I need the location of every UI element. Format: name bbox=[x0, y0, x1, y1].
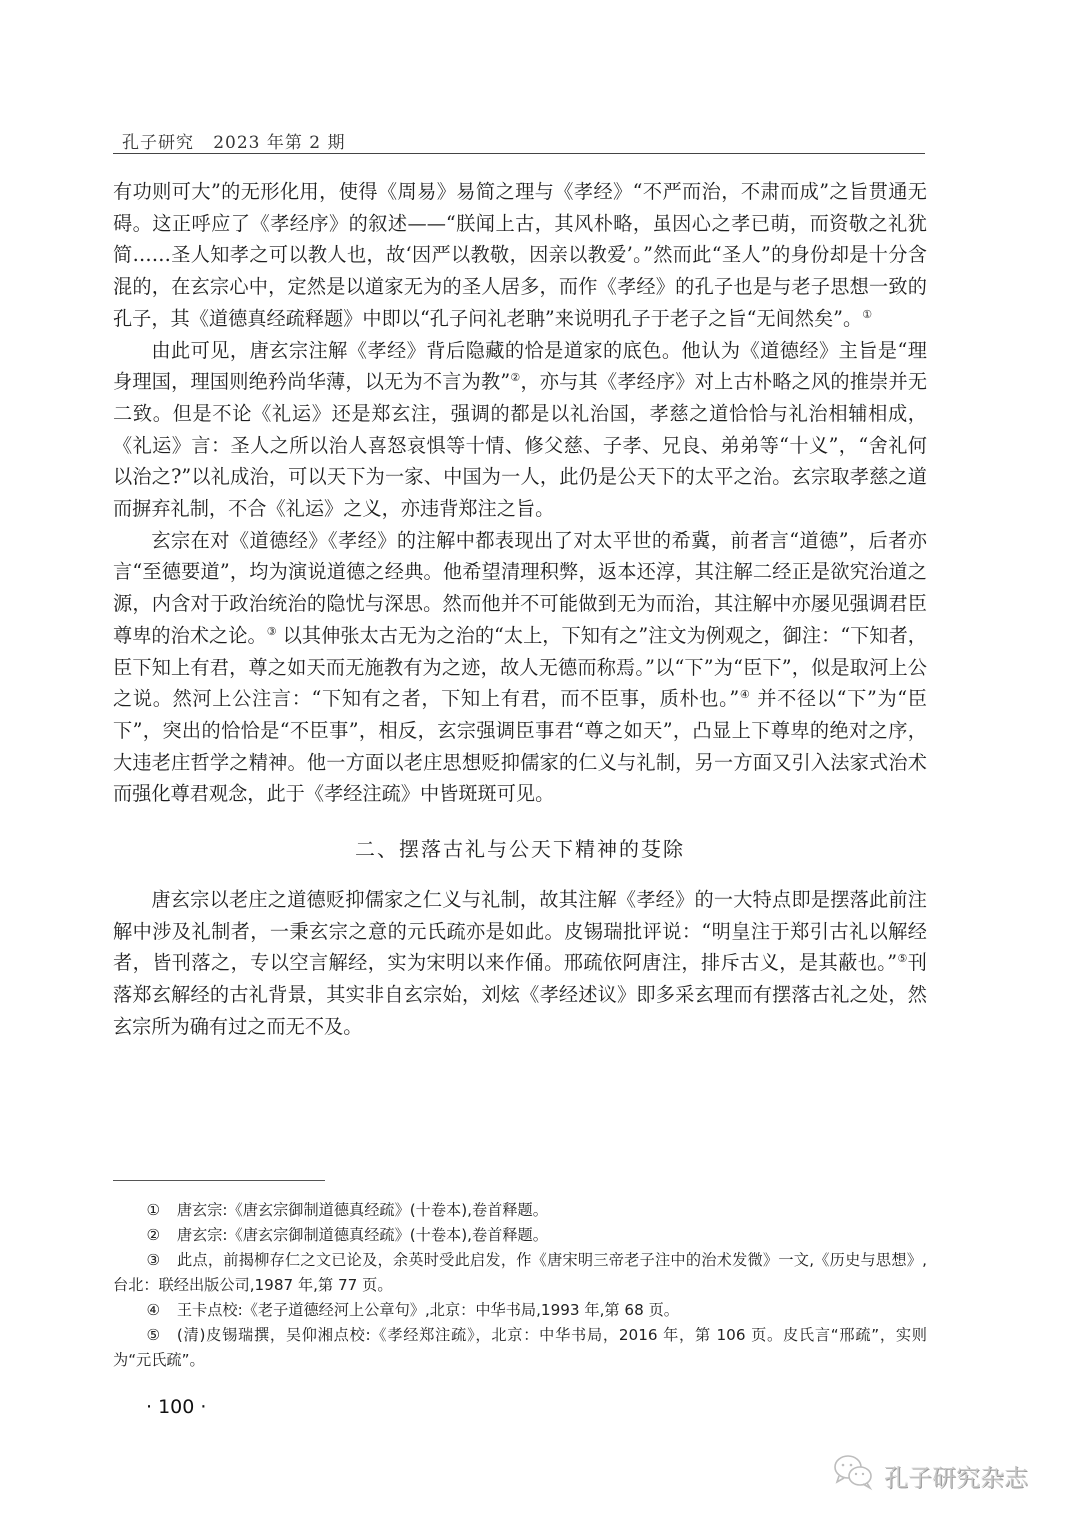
paragraph-text: 有功则可大”的无形化用，使得《周易》易简之理与《孝经》“不严而治，不肃而成”之旨… bbox=[113, 180, 927, 330]
footnote-text: 唐玄宗:《唐玄宗御制道德真经疏》(十卷本),卷首释题。 bbox=[177, 1201, 548, 1219]
footnote-ref[interactable]: ④ bbox=[739, 688, 750, 701]
paragraph-text: 唐玄宗以老庄之道德贬抑儒家之仁义与礼制，故其注解《孝经》的一大特点即是摆落此前注… bbox=[113, 888, 927, 974]
footnote-3: ③此点，前揭柳存仁之文已论及，余英时受此启发，作《唐宋明三帝老子注中的治术发微》… bbox=[113, 1248, 927, 1298]
paragraph-1: 有功则可大”的无形化用，使得《周易》易简之理与《孝经》“不严而治，不肃而成”之旨… bbox=[113, 176, 927, 335]
footnote-text: (清)皮锡瑞撰，吴仰湘点校:《孝经郑注疏》，北京：中华书局，2016 年，第 1… bbox=[113, 1326, 927, 1369]
footnote-number: ① bbox=[146, 1198, 176, 1223]
journal-name: 孔子研究 bbox=[122, 133, 194, 153]
footnote-5: ⑤(清)皮锡瑞撰，吴仰湘点校:《孝经郑注疏》，北京：中华书局，2016 年，第 … bbox=[113, 1323, 927, 1373]
footnote-text: 王卡点校:《老子道德经河上公章句》,北京：中华书局,1993 年,第 68 页。 bbox=[177, 1301, 679, 1319]
wechat-icon bbox=[832, 1452, 884, 1498]
paragraph-4: 唐玄宗以老庄之道德贬抑儒家之仁义与礼制，故其注解《孝经》的一大特点即是摆落此前注… bbox=[113, 884, 927, 1043]
footnote-number: ③ bbox=[146, 1248, 176, 1273]
paragraph-2: 由此可见，唐玄宗注解《孝经》背后隐藏的恰是道家的底色。他认为《道德经》主旨是“理… bbox=[113, 335, 927, 525]
footnote-2: ②唐玄宗:《唐玄宗御制道德真经疏》(十卷本),卷首释题。 bbox=[113, 1223, 927, 1248]
running-head: 孔子研究 2023 年第 2 期 bbox=[122, 128, 346, 153]
footnotes: ①唐玄宗:《唐玄宗御制道德真经疏》(十卷本),卷首释题。 ②唐玄宗:《唐玄宗御制… bbox=[113, 1198, 927, 1373]
paragraph-3: 玄宗在对《道德经》《孝经》的注解中都表现出了对太平世的希冀，前者言“道德”，后者… bbox=[113, 525, 927, 810]
footnote-1: ①唐玄宗:《唐玄宗御制道德真经疏》(十卷本),卷首释题。 bbox=[113, 1198, 927, 1223]
footnote-ref[interactable]: ② bbox=[510, 371, 520, 384]
footnote-number: ⑤ bbox=[146, 1323, 176, 1348]
footnote-number: ④ bbox=[146, 1298, 176, 1323]
footnote-rule bbox=[113, 1180, 325, 1181]
section-title: 二、摆落古礼与公天下精神的芟除 bbox=[113, 834, 927, 864]
watermark: 孔子研究杂志 bbox=[832, 1452, 1028, 1498]
header-rule bbox=[113, 153, 925, 154]
page-number: · 100 · bbox=[146, 1396, 206, 1418]
footnote-ref[interactable]: ① bbox=[862, 308, 872, 321]
issue-label: 2023 年第 2 期 bbox=[213, 133, 345, 153]
body-text: 有功则可大”的无形化用，使得《周易》易简之理与《孝经》“不严而治，不肃而成”之旨… bbox=[113, 176, 927, 1043]
footnote-text: 此点，前揭柳存仁之文已论及，余英时受此启发，作《唐宋明三帝老子注中的治术发微》一… bbox=[113, 1251, 927, 1294]
footnote-4: ④王卡点校:《老子道德经河上公章句》,北京：中华书局,1993 年,第 68 页… bbox=[113, 1298, 927, 1323]
watermark-text: 孔子研究杂志 bbox=[884, 1458, 1028, 1493]
footnote-ref[interactable]: ⑤ bbox=[897, 952, 908, 965]
footnote-number: ② bbox=[146, 1223, 176, 1248]
footnote-ref[interactable]: ③ bbox=[267, 625, 277, 638]
footnote-text: 唐玄宗:《唐玄宗御制道德真经疏》(十卷本),卷首释题。 bbox=[177, 1226, 548, 1244]
